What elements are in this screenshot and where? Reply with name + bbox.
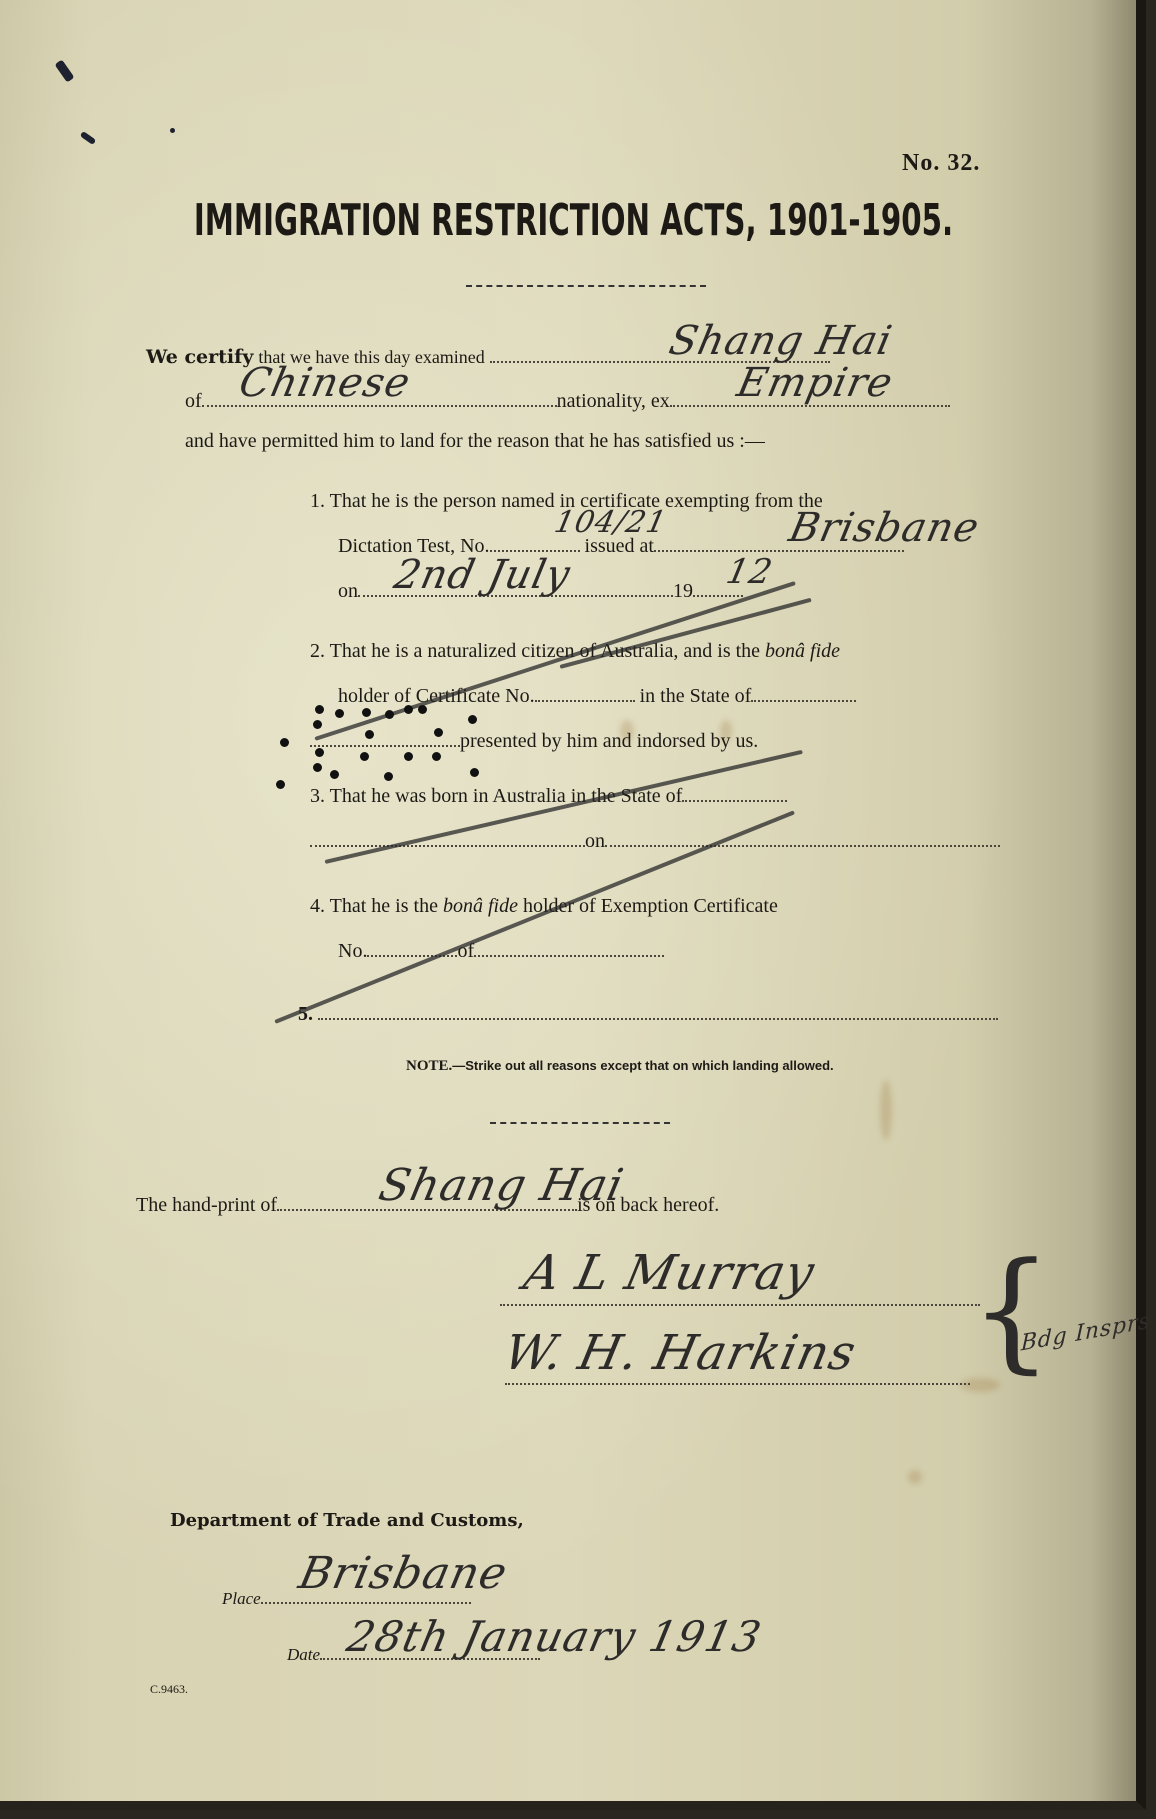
of-label: of	[185, 390, 202, 412]
permitted-line: and have permitted him to land for the r…	[185, 430, 765, 453]
endorsement-field-line	[310, 744, 460, 747]
reason-number: 3.	[310, 785, 325, 807]
birth-date-field-line	[605, 844, 1000, 847]
issued-at-handwritten: Brisbane	[785, 505, 984, 551]
birth-place-field-line	[310, 844, 585, 847]
document-number: No. 32.	[902, 150, 980, 177]
reason-text: That he was born in Australia in the Sta…	[330, 785, 683, 807]
signature-officer-2: W. H. Harkins	[499, 1325, 861, 1381]
handprint-prefix: The hand-print of	[136, 1194, 277, 1216]
reason-2-line-3: presented by him and indorsed by us.	[310, 730, 758, 753]
year-handwritten: 12	[723, 552, 777, 592]
exemption-of-field-line	[474, 954, 664, 957]
ink-blot-mark	[80, 131, 97, 145]
nationality-handwritten: Chinese	[235, 360, 415, 406]
reason-number: 1.	[310, 490, 325, 512]
signature-line-2	[505, 1382, 970, 1385]
certificate-no-label: holder of Certificate No.	[338, 685, 535, 707]
reason-5-line: 5.	[298, 1003, 998, 1026]
signature-line-1	[500, 1303, 980, 1306]
note-body: —Strike out all reasons except that on w…	[452, 1058, 833, 1073]
decorative-rule	[490, 1122, 670, 1124]
paper-stain	[880, 1080, 892, 1140]
birth-state-field-line	[682, 799, 787, 802]
place-handwritten: Brisbane	[295, 1548, 513, 1599]
certificate-no-field-line	[535, 699, 635, 702]
handprint-name-handwritten: Shang Hai	[375, 1160, 629, 1211]
nationality-label: nationality, ex	[557, 390, 670, 412]
reason-3-line-1: 3. That he was born in Australia in the …	[310, 785, 787, 808]
signature-officer-1: A L Murray	[519, 1245, 820, 1301]
ship-handwritten: Empire	[733, 360, 897, 406]
bona-fide-text: bonâ fide	[765, 640, 840, 662]
reason-5-field-line	[318, 1017, 998, 1020]
no-label: No.	[338, 940, 367, 962]
signature-brace: {	[970, 1245, 1053, 1375]
on-label: on	[585, 830, 605, 852]
cert-number-handwritten: 104/21	[551, 505, 670, 540]
reason-number: 4.	[310, 895, 325, 917]
reason-number: 2.	[310, 640, 325, 662]
examined-name-handwritten: Shang Hai	[665, 318, 896, 364]
year-prefix: 19	[673, 580, 693, 602]
note-label: NOTE.	[406, 1058, 452, 1074]
reason-text: That he is the	[330, 895, 438, 917]
on-date-handwritten: 2nd July	[390, 552, 574, 598]
certify-lead: We certify	[146, 346, 253, 368]
reason-4-line-2: No.of	[338, 940, 664, 963]
place-label: Place	[222, 1589, 261, 1608]
year-field-line	[693, 594, 743, 597]
state-label: in the State of	[640, 685, 752, 707]
date-label: Date	[287, 1645, 320, 1664]
document-title: IMMIGRATION RESTRICTION ACTS, 1901-1905.	[150, 195, 998, 246]
date-handwritten: 28th January 1913	[343, 1612, 766, 1661]
document-page: No. 32. IMMIGRATION RESTRICTION ACTS, 19…	[0, 0, 1146, 1810]
presented-text: presented by him and indorsed by us.	[460, 730, 758, 752]
ink-blot-mark	[170, 128, 175, 133]
bona-fide-text: bonâ fide	[443, 895, 518, 917]
form-code: C.9463.	[150, 1682, 188, 1697]
state-field-line	[751, 699, 856, 702]
ink-blot-mark	[55, 59, 75, 82]
note-text: NOTE.—Strike out all reasons except that…	[406, 1058, 834, 1075]
decorative-rule	[466, 285, 706, 287]
paper-stain	[908, 1470, 922, 1484]
on-label: on	[338, 580, 358, 602]
department-name: Department of Trade and Customs,	[170, 1510, 524, 1531]
reason-text: That he is a naturalized citizen of Aust…	[330, 640, 760, 662]
place-field-line	[261, 1601, 471, 1604]
